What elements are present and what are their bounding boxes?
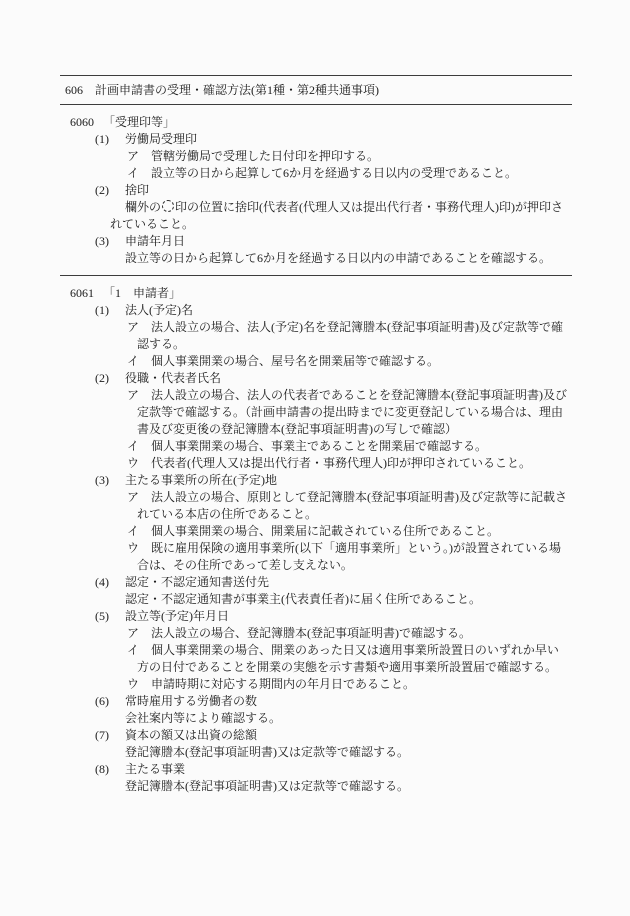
section-rule (60, 275, 572, 276)
item-1: (1)労働局受理印 ア管轄労働局で受理した日付印を押印する。 イ設立等の日から起… (65, 131, 568, 182)
dashed-circle-stamp-icon (162, 200, 174, 212)
item-number: (3) (95, 472, 125, 489)
item-title: 認定・不認定通知書送付先 (125, 574, 568, 591)
sub-item: ウ代表者(代理人又は提出代行者・事務代理人)印が押印されていること。 (137, 455, 568, 472)
item-heading: (1)労働局受理印 (95, 131, 568, 148)
section-title: 「受理印等」 (103, 115, 175, 129)
section-heading: 6060「受理印等」 (70, 114, 568, 131)
section-6060: 6060「受理印等」 (1)労働局受理印 ア管轄労働局で受理した日付印を押印する… (65, 114, 568, 267)
sub-item-label: ア (127, 149, 139, 163)
sub-item: イ個人事業開業の場合、開業のあった日又は適用事業所設置日のいずれか早い方の日付で… (137, 642, 568, 676)
item-number: (2) (95, 370, 125, 387)
item-body-text: 印の位置に捨印(代表者(代理人又は提出代行者・事務代理人)印)が押印されているこ… (110, 200, 563, 231)
sub-item-label: イ (127, 643, 139, 657)
item-heading: (3)申請年月日 (95, 233, 568, 250)
sub-item: ア法人設立の場合、登記簿謄本(登記事項証明書)で確認する。 (137, 625, 568, 642)
sub-item: ア法人設立の場合、法人の代表者であることを登記簿謄本(登記事項証明書)及び定款等… (137, 387, 568, 438)
item-number: (6) (95, 693, 125, 710)
sub-item: ア管轄労働局で受理した日付印を押印する。 (137, 148, 568, 165)
section-gap (65, 267, 568, 275)
sub-item: ア法人設立の場合、法人(予定)名を登記簿謄本(登記事項証明書)及び定款等で確認す… (137, 319, 568, 353)
document-title: 計画申請書の受理・確認方法(第1種・第2種共通事項) (95, 83, 379, 97)
sub-item-label: イ (127, 354, 139, 368)
item-number: (8) (95, 761, 125, 778)
section-number: 6061 (70, 285, 103, 302)
item-title: 資本の額又は出資の総額 (125, 727, 568, 744)
item-heading: (5)設立等(予定)年月日 (95, 608, 568, 625)
item-3: (3)申請年月日 設立等の日から起算して6か月を経過する日以内の申請であることを… (65, 233, 568, 267)
item-title: 主たる事業所の所在(予定)地 (125, 472, 568, 489)
sub-item-label: ア (127, 320, 139, 334)
sub-item-text: 代表者(代理人又は提出代行者・事務代理人)印が押印されていること。 (151, 456, 531, 470)
document-header: 606計画申請書の受理・確認方法(第1種・第2種共通事項) (65, 82, 568, 99)
item-heading: (1)法人(予定)名 (95, 302, 568, 319)
item-heading: (2)捨印 (95, 182, 568, 199)
item-heading: (6)常時雇用する労働者の数 (95, 693, 568, 710)
sub-item-text: 法人設立の場合、法人(予定)名を登記簿謄本(登記事項証明書)及び定款等で確認する… (137, 320, 563, 351)
sub-item-text: 法人設立の場合、原則として登記簿謄本(登記事項証明書)及び定款等に記載されている… (137, 490, 567, 521)
item-body: 欄外の印の位置に捨印(代表者(代理人又は提出代行者・事務代理人)印)が押印されて… (110, 199, 568, 233)
sub-item-text: 法人設立の場合、法人の代表者であることを登記簿謄本(登記事項証明書)及び定款等で… (137, 388, 567, 436)
item-1: (1)法人(予定)名 ア法人設立の場合、法人(予定)名を登記簿謄本(登記事項証明… (65, 302, 568, 370)
sub-item-label: ウ (127, 456, 139, 470)
section-6061: 6061「1 申請者」 (1)法人(予定)名 ア法人設立の場合、法人(予定)名を… (65, 285, 568, 795)
sub-item-label: ア (127, 626, 139, 640)
item-6: (6)常時雇用する労働者の数 会社案内等により確認する。 (65, 693, 568, 727)
item-title: 申請年月日 (125, 233, 568, 250)
item-title: 主たる事業 (125, 761, 568, 778)
item-number: (1) (95, 302, 125, 319)
item-title: 役職・代表者氏名 (125, 370, 568, 387)
item-title: 設立等(予定)年月日 (125, 608, 568, 625)
sub-item-label: ウ (127, 541, 139, 555)
item-number: (1) (95, 131, 125, 148)
sub-item-label: ア (127, 388, 139, 402)
section-heading: 6061「1 申請者」 (70, 285, 568, 302)
sub-item-label: ア (127, 490, 139, 504)
sub-item: ア法人設立の場合、原則として登記簿謄本(登記事項証明書)及び定款等に記載されてい… (137, 489, 568, 523)
sub-item-text: 既に雇用保険の適用事業所(以下「適用事業所」という。)が設置されている場合は、そ… (137, 541, 561, 572)
sub-item: ウ申請時期に対応する期間内の年月日であること。 (137, 676, 568, 693)
item-body: 認定・不認定通知書が事業主(代表責任者)に届く住所であること。 (110, 591, 568, 608)
item-number: (4) (95, 574, 125, 591)
sub-item: イ個人事業開業の場合、屋号名を開業届等で確認する。 (137, 353, 568, 370)
item-3: (3)主たる事業所の所在(予定)地 ア法人設立の場合、原則として登記簿謄本(登記… (65, 472, 568, 574)
sub-item-text: 個人事業開業の場合、屋号名を開業届等で確認する。 (151, 354, 439, 368)
item-number: (5) (95, 608, 125, 625)
item-number: (3) (95, 233, 125, 250)
sub-item-text: 設立等の日から起算して6か月を経過する日以内の受理であること。 (151, 166, 517, 180)
item-7: (7)資本の額又は出資の総額 登記簿謄本(登記事項証明書)又は定款等で確認する。 (65, 727, 568, 761)
sub-item-text: 法人設立の場合、登記簿謄本(登記事項証明書)で確認する。 (151, 626, 471, 640)
item-heading: (2)役職・代表者氏名 (95, 370, 568, 387)
sub-item: イ個人事業開業の場合、開業届に記載されている住所であること。 (137, 523, 568, 540)
sub-item-label: イ (127, 439, 139, 453)
sub-item-text: 個人事業開業の場合、開業届に記載されている住所であること。 (151, 524, 499, 538)
item-title: 法人(予定)名 (125, 302, 568, 319)
header-rule (60, 104, 572, 105)
item-2: (2)役職・代表者氏名 ア法人設立の場合、法人の代表者であることを登記簿謄本(登… (65, 370, 568, 472)
sub-item-text: 管轄労働局で受理した日付印を押印する。 (151, 149, 379, 163)
item-number: (7) (95, 727, 125, 744)
item-heading: (8)主たる事業 (95, 761, 568, 778)
item-2: (2)捨印 欄外の印の位置に捨印(代表者(代理人又は提出代行者・事務代理人)印)… (65, 182, 568, 233)
item-4: (4)認定・不認定通知書送付先 認定・不認定通知書が事業主(代表責任者)に届く住… (65, 574, 568, 608)
sub-item-text: 個人事業開業の場合、開業のあった日又は適用事業所設置日のいずれか早い方の日付であ… (137, 643, 559, 674)
item-heading: (4)認定・不認定通知書送付先 (95, 574, 568, 591)
item-body: 会社案内等により確認する。 (110, 710, 568, 727)
item-body: 登記簿謄本(登記事項証明書)又は定款等で確認する。 (110, 744, 568, 761)
section-number: 6060 (70, 114, 103, 131)
item-body-text: 欄外の (125, 200, 161, 214)
item-5: (5)設立等(予定)年月日 ア法人設立の場合、登記簿謄本(登記事項証明書)で確認… (65, 608, 568, 693)
item-body: 登記簿謄本(登記事項証明書)又は定款等で確認する。 (110, 778, 568, 795)
item-title: 労働局受理印 (125, 131, 568, 148)
sub-item-text: 個人事業開業の場合、事業主であることを開業届で確認する。 (151, 439, 487, 453)
document-number: 606 (65, 83, 83, 97)
item-heading: (7)資本の額又は出資の総額 (95, 727, 568, 744)
sub-item-label: イ (127, 166, 139, 180)
sub-item-label: イ (127, 524, 139, 538)
document-page: 606計画申請書の受理・確認方法(第1種・第2種共通事項) 6060「受理印等」… (0, 0, 630, 916)
sub-item-text: 申請時期に対応する期間内の年月日であること。 (151, 677, 415, 691)
item-title: 常時雇用する労働者の数 (125, 693, 568, 710)
item-number: (2) (95, 182, 125, 199)
sub-item-label: ウ (127, 677, 139, 691)
top-rule (60, 75, 572, 76)
sub-item: イ個人事業開業の場合、事業主であることを開業届で確認する。 (137, 438, 568, 455)
item-body: 設立等の日から起算して6か月を経過する日以内の申請であることを確認する。 (110, 250, 568, 267)
section-title: 「1 申請者」 (103, 286, 181, 300)
item-title: 捨印 (125, 182, 568, 199)
item-heading: (3)主たる事業所の所在(予定)地 (95, 472, 568, 489)
sub-item: ウ既に雇用保険の適用事業所(以下「適用事業所」という。)が設置されている場合は、… (137, 540, 568, 574)
sub-item: イ設立等の日から起算して6か月を経過する日以内の受理であること。 (137, 165, 568, 182)
item-8: (8)主たる事業 登記簿謄本(登記事項証明書)又は定款等で確認する。 (65, 761, 568, 795)
